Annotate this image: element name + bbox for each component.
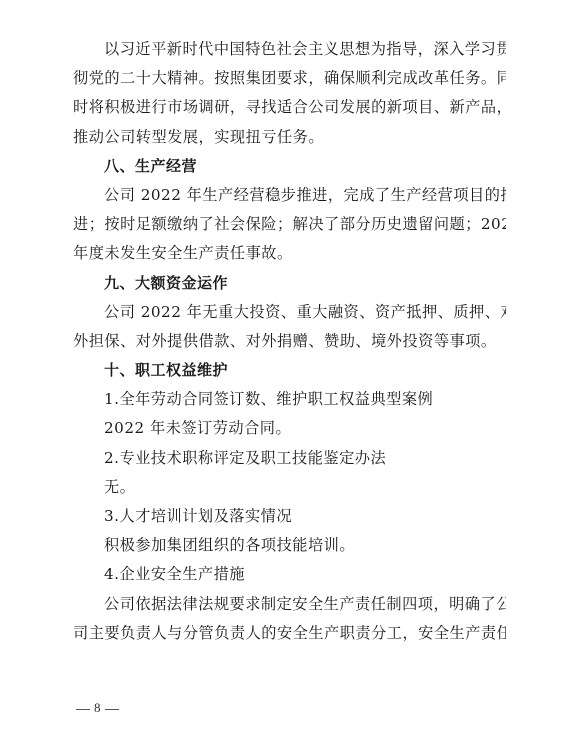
subheading-labor-contracts: 1.全年劳动合同签订数、维护职工权益典型案例 (73, 385, 506, 414)
section-heading-production: 八、生产经营 (73, 152, 506, 181)
text-professional-titles: 无。 (73, 473, 506, 502)
page-number-footer: 8 (72, 700, 123, 716)
text-line: 推动公司转型发展，实现扭亏任务。 (73, 123, 506, 152)
paragraph-production: 公司 2022 年生产经营稳步推进，完成了生产经营项目的推 进；按时足额缴纳了社… (73, 181, 506, 269)
section-heading-employee-rights: 十、职工权益维护 (73, 356, 506, 385)
text-line: 进；按时足额缴纳了社会保险；解决了部分历史遗留问题；2022 (73, 210, 506, 239)
text-training-plan: 积极参加集团组织的各项技能培训。 (73, 531, 506, 560)
paragraph-safety: 公司依据法律法规要求制定安全生产责任制四项，明确了公 司主要负责人与分管负责人的… (73, 590, 506, 648)
text-line: 时将积极进行市场调研，寻找适合公司发展的新项目、新产品， (73, 93, 506, 122)
section-heading-funds: 九、大额资金运作 (73, 269, 506, 298)
text-line: 司主要负责人与分管负责人的安全生产职责分工，安全生产责任 (73, 619, 506, 648)
text-line: 公司 2022 年生产经营稳步推进，完成了生产经营项目的推 (73, 181, 506, 210)
page-number: 8 (94, 700, 101, 715)
subheading-professional-titles: 2.专业技术职称评定及职工技能鉴定办法 (73, 444, 506, 473)
paragraph-guiding-principle: 以习近平新时代中国特色社会主义思想为指导，深入学习贯 彻党的二十大精神。按照集团… (73, 35, 506, 152)
text-labor-contracts: 2022 年未签订劳动合同。 (73, 414, 506, 443)
subheading-safety-measures: 4.企业安全生产措施 (73, 560, 506, 589)
text-line: 公司依据法律法规要求制定安全生产责任制四项，明确了公 (73, 590, 506, 619)
text-line: 公司 2022 年无重大投资、重大融资、资产抵押、质押、对 (73, 298, 506, 327)
text-line: 彻党的二十大精神。按照集团要求，确保顺利完成改革任务。同 (73, 64, 506, 93)
subheading-training-plan: 3.人才培训计划及落实情况 (73, 502, 506, 531)
paragraph-funds: 公司 2022 年无重大投资、重大融资、资产抵押、质押、对 外担保、对外提供借款… (73, 298, 506, 356)
text-line: 以习近平新时代中国特色社会主义思想为指导，深入学习贯 (73, 35, 506, 64)
document-page: 以习近平新时代中国特色社会主义思想为指导，深入学习贯 彻党的二十大精神。按照集团… (73, 35, 506, 648)
dash-left (76, 709, 90, 710)
text-line: 年度未发生安全生产责任事故。 (73, 239, 506, 268)
dash-right (105, 709, 119, 710)
text-line: 外担保、对外提供借款、对外捐赠、赞助、境外投资等事项。 (73, 327, 506, 356)
